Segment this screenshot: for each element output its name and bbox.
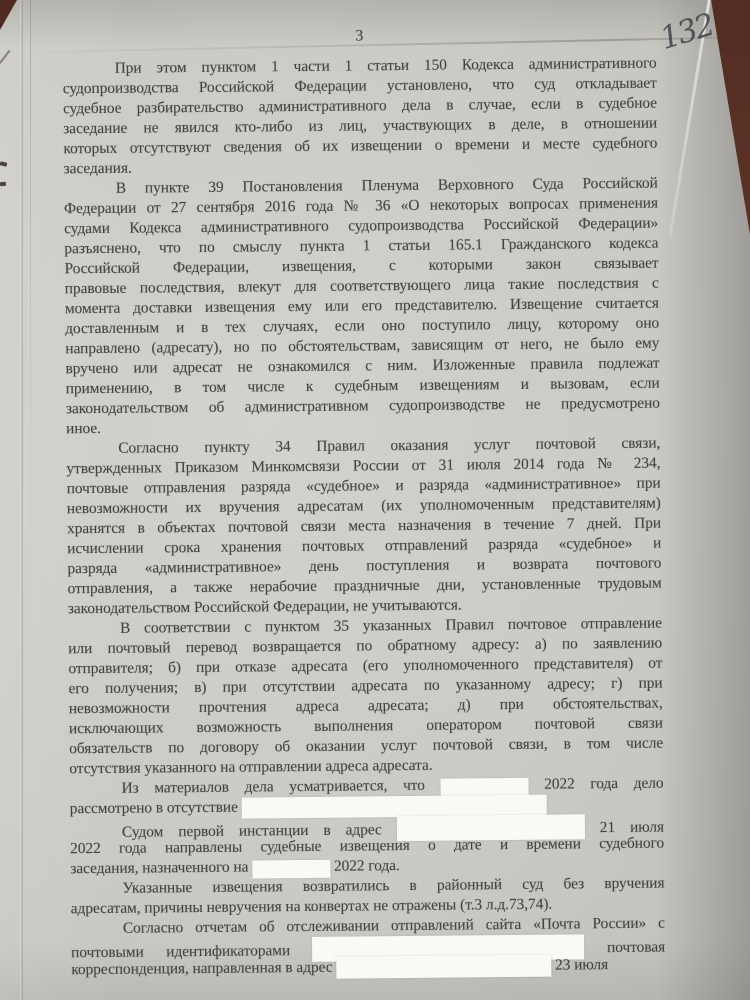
paragraph: Согласно отчетам об отслеживании отправл… (71, 914, 666, 980)
text-layer: 3 При этом пунктом 1 части 1 статьи 150 … (0, 0, 750, 1000)
paragraph: Из материалов дела усматривается, что 20… (69, 774, 663, 820)
page-number: 3 (62, 25, 656, 49)
text-line: корреспонденция, направленная в адрес 23… (71, 954, 665, 980)
redaction-box (440, 778, 528, 797)
paragraph: В пункте 39 Постановления Пленума Верхов… (64, 174, 660, 440)
paragraph: В соответствии с пунктом 35 указанных Пр… (68, 614, 664, 780)
paragraph: Согласно пункту 34 Правил оказания услуг… (66, 434, 662, 620)
document-body: При этом пунктом 1 части 1 статьи 150 Ко… (63, 54, 666, 980)
paragraph: Указанные извещения возвратились в район… (70, 874, 664, 920)
photo-stage: 3 При этом пунктом 1 части 1 статьи 150 … (0, 0, 750, 1000)
redaction-box (252, 860, 330, 879)
paragraph: Судом первой инстанции в адрес 21 июля20… (70, 814, 665, 880)
paragraph: При этом пунктом 1 части 1 статьи 150 Ко… (63, 54, 658, 180)
redaction-box (336, 955, 551, 979)
